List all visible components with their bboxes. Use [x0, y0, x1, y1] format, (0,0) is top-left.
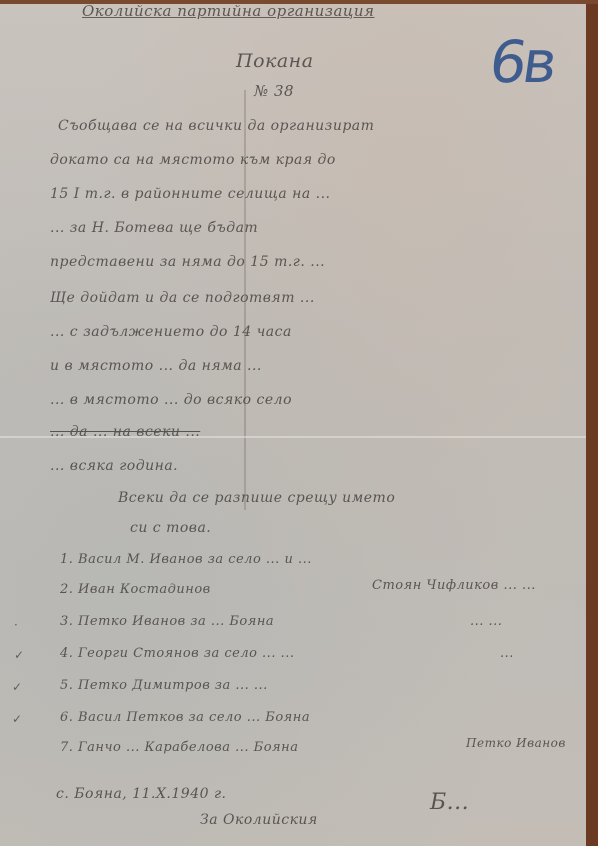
signature: Б... — [430, 790, 469, 815]
list-intro: Всеки да се разпише срещу името — [118, 490, 395, 506]
list-item-number: 5. — [60, 678, 73, 693]
list-item-text: Петко Димитров за ... ... — [78, 678, 268, 693]
tick-mark: ✓ — [12, 680, 22, 694]
tick-mark: · — [14, 618, 18, 632]
list-item-signature: ... — [500, 646, 514, 661]
list-item: 2. Иван Костадинов — [60, 582, 211, 597]
page-marker: 6в — [485, 28, 558, 96]
body-line: ... в мястото ... до всяко село — [50, 392, 292, 408]
list-intro: си с това. — [130, 520, 211, 536]
body-line: представени за няма до 15 т.г. ... — [50, 254, 325, 270]
list-item-text: Ганчо ... Карабелова ... Бояна — [78, 740, 298, 755]
document-number: № 38 — [254, 82, 294, 100]
tick-mark: ✓ — [12, 712, 22, 726]
list-item: 6. Васил Петков за село ... Бояна — [60, 710, 310, 725]
list-item-signature: Петко Иванов — [466, 736, 566, 750]
document-page: Околийска партийна организация Покана № … — [0, 0, 586, 846]
body-line: ... за Н. Ботева ще бъдат — [50, 220, 258, 236]
body-line: ... с задължението до 14 часа — [50, 324, 292, 340]
list-item-number: 2. — [60, 582, 73, 597]
body-line: ... да ... на всеки ... — [50, 424, 200, 440]
document-heading: Околийска партийна организация — [82, 2, 374, 20]
body-line: и в мястото ... да няма ... — [50, 358, 262, 374]
list-item: 1. Васил М. Иванов за село ... и ... — [60, 552, 312, 567]
list-item-number: 1. — [60, 552, 73, 567]
list-item-text: Васил Петков за село ... Бояна — [78, 710, 310, 725]
list-item-signature: ... ... — [470, 614, 502, 629]
list-item-text: Петко Иванов за ... Бояна — [78, 614, 274, 629]
body-line: ... всяка година. — [50, 458, 178, 474]
body-line: Съобщава се на всички да организират — [58, 118, 374, 134]
list-item: 7. Ганчо ... Карабелова ... Бояна — [60, 740, 298, 755]
place-date: с. Бояна, 11.X.1940 г. — [56, 786, 226, 802]
list-item: 3. Петко Иванов за ... Бояна — [60, 614, 274, 629]
list-item-number: 6. — [60, 710, 73, 725]
tick-mark: ✓ — [14, 648, 24, 662]
list-item-text: Васил М. Иванов за село ... и ... — [78, 552, 312, 567]
list-item-text: Иван Костадинов — [78, 582, 211, 597]
list-item-number: 7. — [60, 740, 73, 755]
document-title: Покана — [236, 50, 314, 72]
list-item-signature: Стоян Чифликов ... ... — [372, 578, 536, 593]
signatory-role: За Околийския — [200, 812, 318, 828]
body-line: 15 I т.г. в районните селища на ... — [50, 186, 331, 202]
body-line: докато са на мястото към края до — [50, 152, 336, 168]
list-item: 5. Петко Димитров за ... ... — [60, 678, 268, 693]
body-line: Ще дойдат и да се подготвят ... — [50, 290, 315, 306]
list-item-text: Георги Стоянов за село ... ... — [78, 646, 294, 661]
list-item-number: 4. — [60, 646, 73, 661]
list-item-number: 3. — [60, 614, 73, 629]
list-item: 4. Георги Стоянов за село ... ... — [60, 646, 294, 661]
